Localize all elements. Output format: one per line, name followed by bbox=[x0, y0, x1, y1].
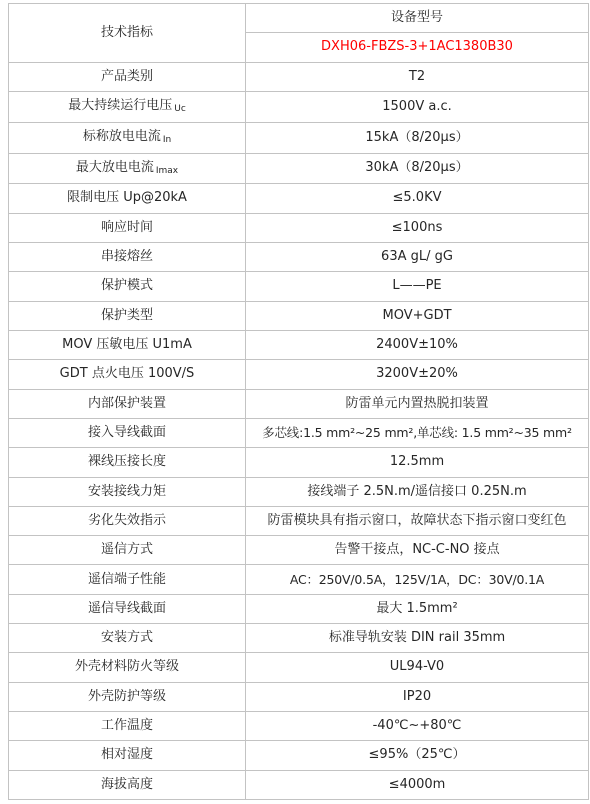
spec-label: 安装方式 bbox=[9, 624, 246, 653]
table-row: 遥信端子性能AC：250V/0.5A，125V/1A，DC：30V/0.1A bbox=[9, 565, 589, 594]
spec-table-body: 产品类别T2最大持续运行电压Uc1500V a.c.标称放电电流In15kA（8… bbox=[9, 62, 589, 799]
spec-value: 标准导轨安装 DIN rail 35mm bbox=[246, 624, 589, 653]
table-row: 串接熔丝63A gL/ gG bbox=[9, 243, 589, 272]
spec-value: ≤95%（25℃） bbox=[246, 741, 589, 770]
table-row: 裸线压接长度12.5mm bbox=[9, 448, 589, 477]
spec-value: 3200V±20% bbox=[246, 360, 589, 389]
spec-label-subscript: In bbox=[163, 135, 171, 145]
spec-label: 安装接线力矩 bbox=[9, 477, 246, 506]
table-row: 遥信方式告警干接点，NC-C-NO 接点 bbox=[9, 536, 589, 565]
spec-label: MOV 压敏电压 U1mA bbox=[9, 330, 246, 359]
table-row: 劣化失效指示防雷模块具有指示窗口，故障状态下指示窗口变红色 bbox=[9, 506, 589, 535]
table-row: 响应时间≤100ns bbox=[9, 213, 589, 242]
spec-value: 接线端子 2.5N.m/遥信接口 0.25N.m bbox=[246, 477, 589, 506]
spec-label: 接入导线截面 bbox=[9, 418, 246, 447]
table-row: 最大放电电流Imax30kA（8/20μs） bbox=[9, 153, 589, 184]
spec-label: 内部保护装置 bbox=[9, 389, 246, 418]
table-row: 相对湿度≤95%（25℃） bbox=[9, 741, 589, 770]
spec-value: L——PE bbox=[246, 272, 589, 301]
spec-label: 最大放电电流Imax bbox=[9, 153, 246, 184]
spec-value: UL94-V0 bbox=[246, 653, 589, 682]
table-row: 标称放电电流In15kA（8/20μs） bbox=[9, 122, 589, 153]
spec-value: 1500V a.c. bbox=[246, 91, 589, 122]
spec-label: 标称放电电流In bbox=[9, 122, 246, 153]
table-row: 接入导线截面多芯线:1.5 mm²~25 mm²,单芯线: 1.5 mm²~35… bbox=[9, 418, 589, 447]
spec-sheet-page: 技术指标 设备型号 DXH06-FBZS-3+1AC1380B30 产品类别T2… bbox=[0, 0, 590, 800]
table-row: 海拔高度≤4000m bbox=[9, 770, 589, 799]
spec-label: 相对湿度 bbox=[9, 741, 246, 770]
spec-value: 15kA（8/20μs） bbox=[246, 122, 589, 153]
device-model-number: DXH06-FBZS-3+1AC1380B30 bbox=[246, 33, 589, 62]
spec-value: MOV+GDT bbox=[246, 301, 589, 330]
spec-label: 产品类别 bbox=[9, 62, 246, 91]
spec-label: 限制电压 Up@20kA bbox=[9, 184, 246, 213]
spec-value: 63A gL/ gG bbox=[246, 243, 589, 272]
spec-label: 裸线压接长度 bbox=[9, 448, 246, 477]
table-row: 保护类型MOV+GDT bbox=[9, 301, 589, 330]
spec-label-subscript: Uc bbox=[174, 104, 186, 114]
spec-value: ≤4000m bbox=[246, 770, 589, 799]
spec-value: 2400V±10% bbox=[246, 330, 589, 359]
spec-value: 30kA（8/20μs） bbox=[246, 153, 589, 184]
table-row: 最大持续运行电压Uc1500V a.c. bbox=[9, 91, 589, 122]
spec-label: 工作温度 bbox=[9, 712, 246, 741]
spec-label: 遥信导线截面 bbox=[9, 594, 246, 623]
spec-label: 外壳材料防火等级 bbox=[9, 653, 246, 682]
spec-value: -40℃~+80℃ bbox=[246, 712, 589, 741]
spec-value: AC：250V/0.5A，125V/1A，DC：30V/0.1A bbox=[246, 565, 589, 594]
spec-label: 串接熔丝 bbox=[9, 243, 246, 272]
table-row: 外壳材料防火等级UL94-V0 bbox=[9, 653, 589, 682]
table-row: 限制电压 Up@20kA≤5.0KV bbox=[9, 184, 589, 213]
table-row: 安装方式标准导轨安装 DIN rail 35mm bbox=[9, 624, 589, 653]
spec-label: 最大持续运行电压Uc bbox=[9, 91, 246, 122]
spec-label: 保护类型 bbox=[9, 301, 246, 330]
spec-value: 最大 1.5mm² bbox=[246, 594, 589, 623]
table-row: 内部保护装置防雷单元内置热脱扣装置 bbox=[9, 389, 589, 418]
spec-label: 外壳防护等级 bbox=[9, 682, 246, 711]
spec-value: 防雷单元内置热脱扣装置 bbox=[246, 389, 589, 418]
spec-label: GDT 点火电压 100V/S bbox=[9, 360, 246, 389]
spec-value: IP20 bbox=[246, 682, 589, 711]
spec-value: ≤5.0KV bbox=[246, 184, 589, 213]
spec-label: 遥信方式 bbox=[9, 536, 246, 565]
table-row: MOV 压敏电压 U1mA2400V±10% bbox=[9, 330, 589, 359]
spec-value: 防雷模块具有指示窗口，故障状态下指示窗口变红色 bbox=[246, 506, 589, 535]
table-row: 安装接线力矩接线端子 2.5N.m/遥信接口 0.25N.m bbox=[9, 477, 589, 506]
spec-label: 海拔高度 bbox=[9, 770, 246, 799]
header-row-1: 技术指标 设备型号 bbox=[9, 4, 589, 33]
spec-table: 技术指标 设备型号 DXH06-FBZS-3+1AC1380B30 产品类别T2… bbox=[8, 3, 589, 800]
header-device-model-title: 设备型号 bbox=[246, 4, 589, 33]
table-row: 外壳防护等级IP20 bbox=[9, 682, 589, 711]
spec-value: 12.5mm bbox=[246, 448, 589, 477]
table-row: 遥信导线截面最大 1.5mm² bbox=[9, 594, 589, 623]
spec-label-subscript: Imax bbox=[156, 166, 178, 176]
table-row: 保护模式L——PE bbox=[9, 272, 589, 301]
table-row: GDT 点火电压 100V/S3200V±20% bbox=[9, 360, 589, 389]
spec-value: T2 bbox=[246, 62, 589, 91]
header-tech-specs-label: 技术指标 bbox=[9, 4, 246, 63]
spec-value: ≤100ns bbox=[246, 213, 589, 242]
spec-value: 告警干接点，NC-C-NO 接点 bbox=[246, 536, 589, 565]
spec-label: 遥信端子性能 bbox=[9, 565, 246, 594]
spec-value: 多芯线:1.5 mm²~25 mm²,单芯线: 1.5 mm²~35 mm² bbox=[246, 418, 589, 447]
spec-label: 响应时间 bbox=[9, 213, 246, 242]
table-row: 工作温度-40℃~+80℃ bbox=[9, 712, 589, 741]
spec-label: 保护模式 bbox=[9, 272, 246, 301]
table-row: 产品类别T2 bbox=[9, 62, 589, 91]
spec-label: 劣化失效指示 bbox=[9, 506, 246, 535]
